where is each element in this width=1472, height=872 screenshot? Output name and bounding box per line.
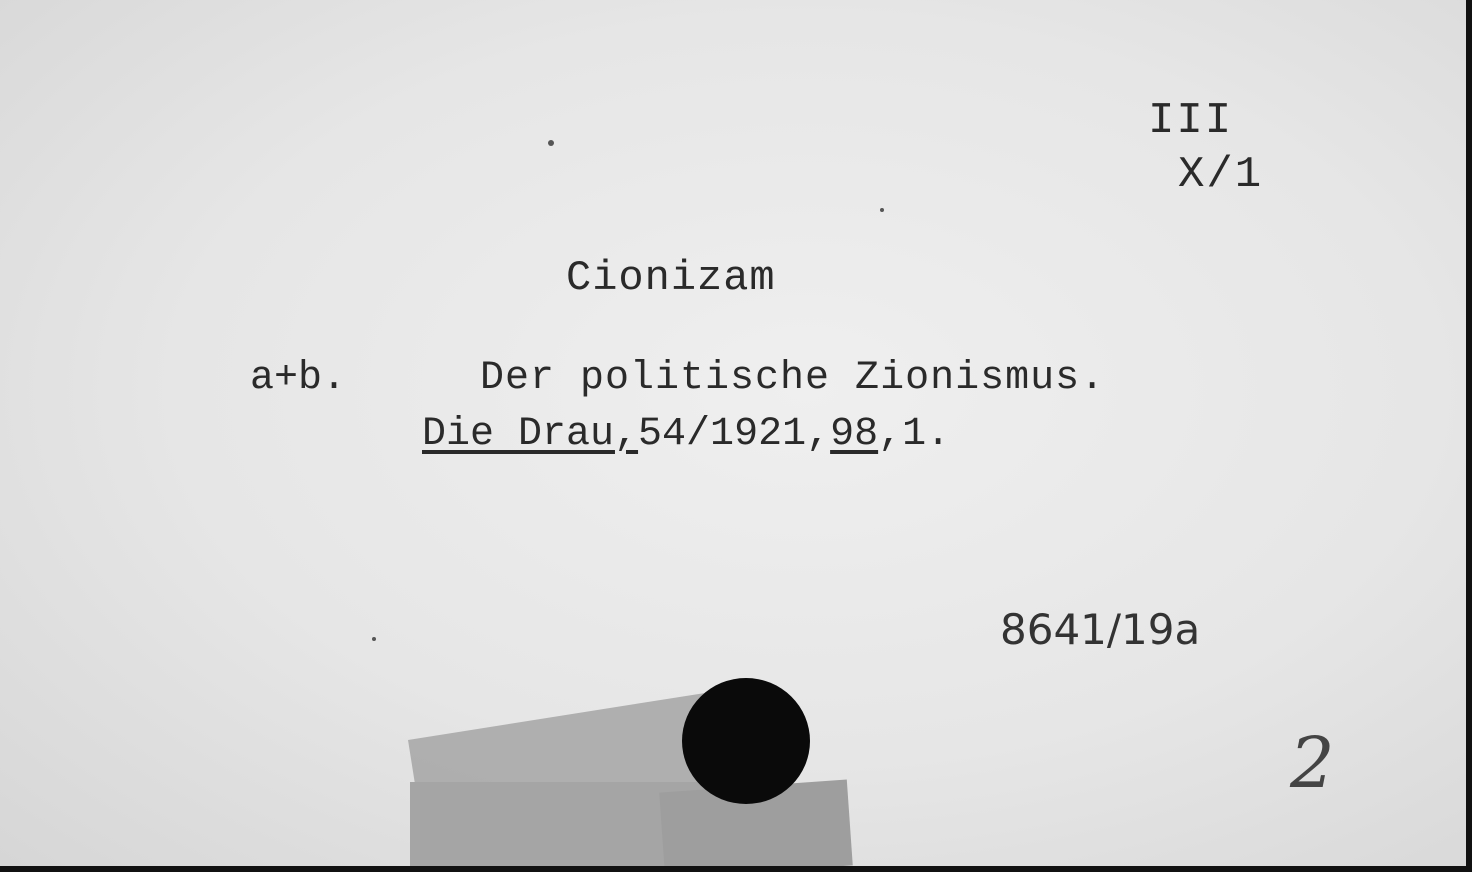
- classification-line-2: X/1: [1178, 150, 1263, 200]
- classification-line-1: III: [1148, 96, 1233, 146]
- subject-heading: Cionizam: [566, 254, 776, 302]
- author-label: a+b.: [250, 356, 346, 401]
- card-edge: [1466, 0, 1472, 872]
- issue-number: 98: [830, 412, 878, 457]
- speck: [372, 637, 376, 641]
- punch-hole: [682, 678, 810, 804]
- catalog-card: III X/1 Cionizam a+b. Der politische Zio…: [0, 0, 1466, 866]
- call-number: 8641/19a: [1000, 605, 1200, 654]
- separator: ,: [806, 412, 830, 457]
- separator: ,: [614, 412, 638, 457]
- publication-name: Die Drau: [422, 412, 614, 457]
- handwritten-mark: 2: [1290, 722, 1335, 804]
- card-edge: [0, 866, 1472, 872]
- speck: [548, 140, 554, 146]
- page-number: ,1.: [878, 412, 950, 457]
- speck: [880, 208, 884, 212]
- source-citation: Die Drau,54/1921,98,1.: [422, 412, 950, 457]
- article-title: Der politische Zionismus.: [480, 356, 1105, 401]
- volume-year: 54/1921: [638, 412, 806, 457]
